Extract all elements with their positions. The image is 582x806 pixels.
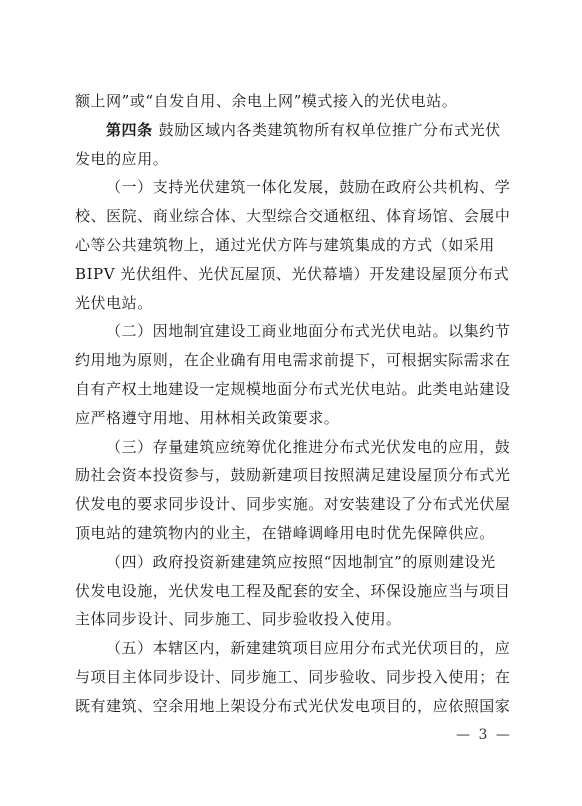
- article-label: 第四条: [106, 121, 153, 139]
- document-body: 额上网”或“自发自用、余电上网”模式接入的光伏电站。 第四条鼓励区域内各类建筑物…: [75, 87, 515, 721]
- clause-five-line: 既有建筑、空余用地上架设分布式光伏发电项目的，应依照国家: [75, 692, 515, 721]
- document-page: 额上网”或“自发自用、余电上网”模式接入的光伏电站。 第四条鼓励区域内各类建筑物…: [0, 0, 582, 806]
- article-four-text: 鼓励区域内各类建筑物所有权单位推广分布式光伏: [159, 121, 501, 139]
- clause-four-line: （四）政府投资新建建筑应按照“因地制宜”的原则建设光: [75, 548, 515, 577]
- clause-two-line: （二）因地制宜建设工商业地面分布式光伏电站。以集约节: [75, 317, 515, 346]
- page-number: — 3 —: [453, 725, 515, 745]
- clause-two-line: 约用地为原则，在企业确有用电需求前提下，可根据实际需求在: [75, 346, 515, 375]
- paragraph-continuation-line: 额上网”或“自发自用、余电上网”模式接入的光伏电站。: [75, 87, 515, 116]
- clause-three-line: 励社会资本投资参与，鼓励新建项目按照满足建设屋顶分布式光: [75, 461, 515, 490]
- clause-two-line: 自有产权土地建设一定规模地面分布式光伏电站。此类电站建设: [75, 375, 515, 404]
- clause-one-line: 心等公共建筑物上，通过光伏方阵与建筑集成的方式（如采用: [75, 231, 515, 260]
- clause-two-line: 应严格遵守用地、用林相关政策要求。: [75, 404, 515, 433]
- clause-three-line: （三）存量建筑应统筹优化推进分布式光伏发电的应用，鼓: [75, 433, 515, 462]
- clause-four-line: 伏发电设施，光伏发电工程及配套的安全、环保设施应当与项目: [75, 577, 515, 606]
- clause-one-line: 光伏电站。: [75, 289, 515, 318]
- article-four-text-line: 发电的应用。: [75, 145, 515, 174]
- clause-five-line: 与项目主体同步设计、同步施工、同步验收、同步投入使用；在: [75, 663, 515, 692]
- clause-three-line: 伏发电的要求同步设计、同步实施。对安装建设了分布式光伏屋: [75, 490, 515, 519]
- clause-one-line: 校、医院、商业综合体、大型综合交通枢纽、体育场馆、会展中: [75, 202, 515, 231]
- clause-three-line: 顶电站的建筑物内的业主，在错峰调峰用电时优先保障供应。: [75, 519, 515, 548]
- clause-one-line: （一）支持光伏建筑一体化发展，鼓励在政府公共机构、学: [75, 173, 515, 202]
- article-four-heading-line: 第四条鼓励区域内各类建筑物所有权单位推广分布式光伏: [75, 116, 515, 145]
- clause-one-line: BIPV 光伏组件、光伏瓦屋顶、光伏幕墙）开发建设屋顶分布式: [75, 260, 515, 289]
- clause-five-line: （五）本辖区内，新建建筑项目应用分布式光伏项目的，应: [75, 634, 515, 663]
- clause-four-line: 主体同步设计、同步施工、同步验收投入使用。: [75, 605, 515, 634]
